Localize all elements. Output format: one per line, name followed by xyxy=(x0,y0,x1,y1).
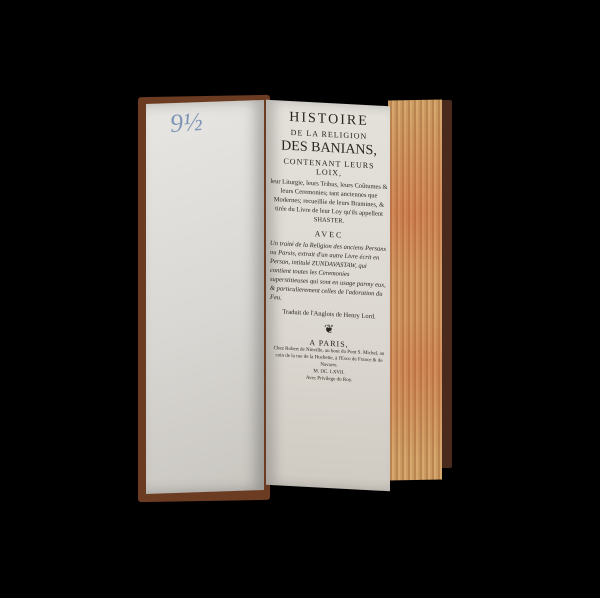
italic-paragraph: Un traité de la Religion des anciens Per… xyxy=(270,239,388,308)
title-page-text: HISTOIRE DE LA RELIGION DES BANIANS, CON… xyxy=(270,109,388,386)
fore-edge xyxy=(388,100,442,481)
book-photo: 9½ HISTOIRE DE LA RELIGION DES BANIANS, … xyxy=(0,0,600,598)
title-body: leur Liturgie, leurs Tribus, leurs Coûtu… xyxy=(270,177,388,228)
title-line-4: CONTENANT LEURS LOIX, xyxy=(270,156,388,180)
pencil-inscription: 9½ xyxy=(169,107,204,139)
flyleaf-page xyxy=(146,100,264,494)
